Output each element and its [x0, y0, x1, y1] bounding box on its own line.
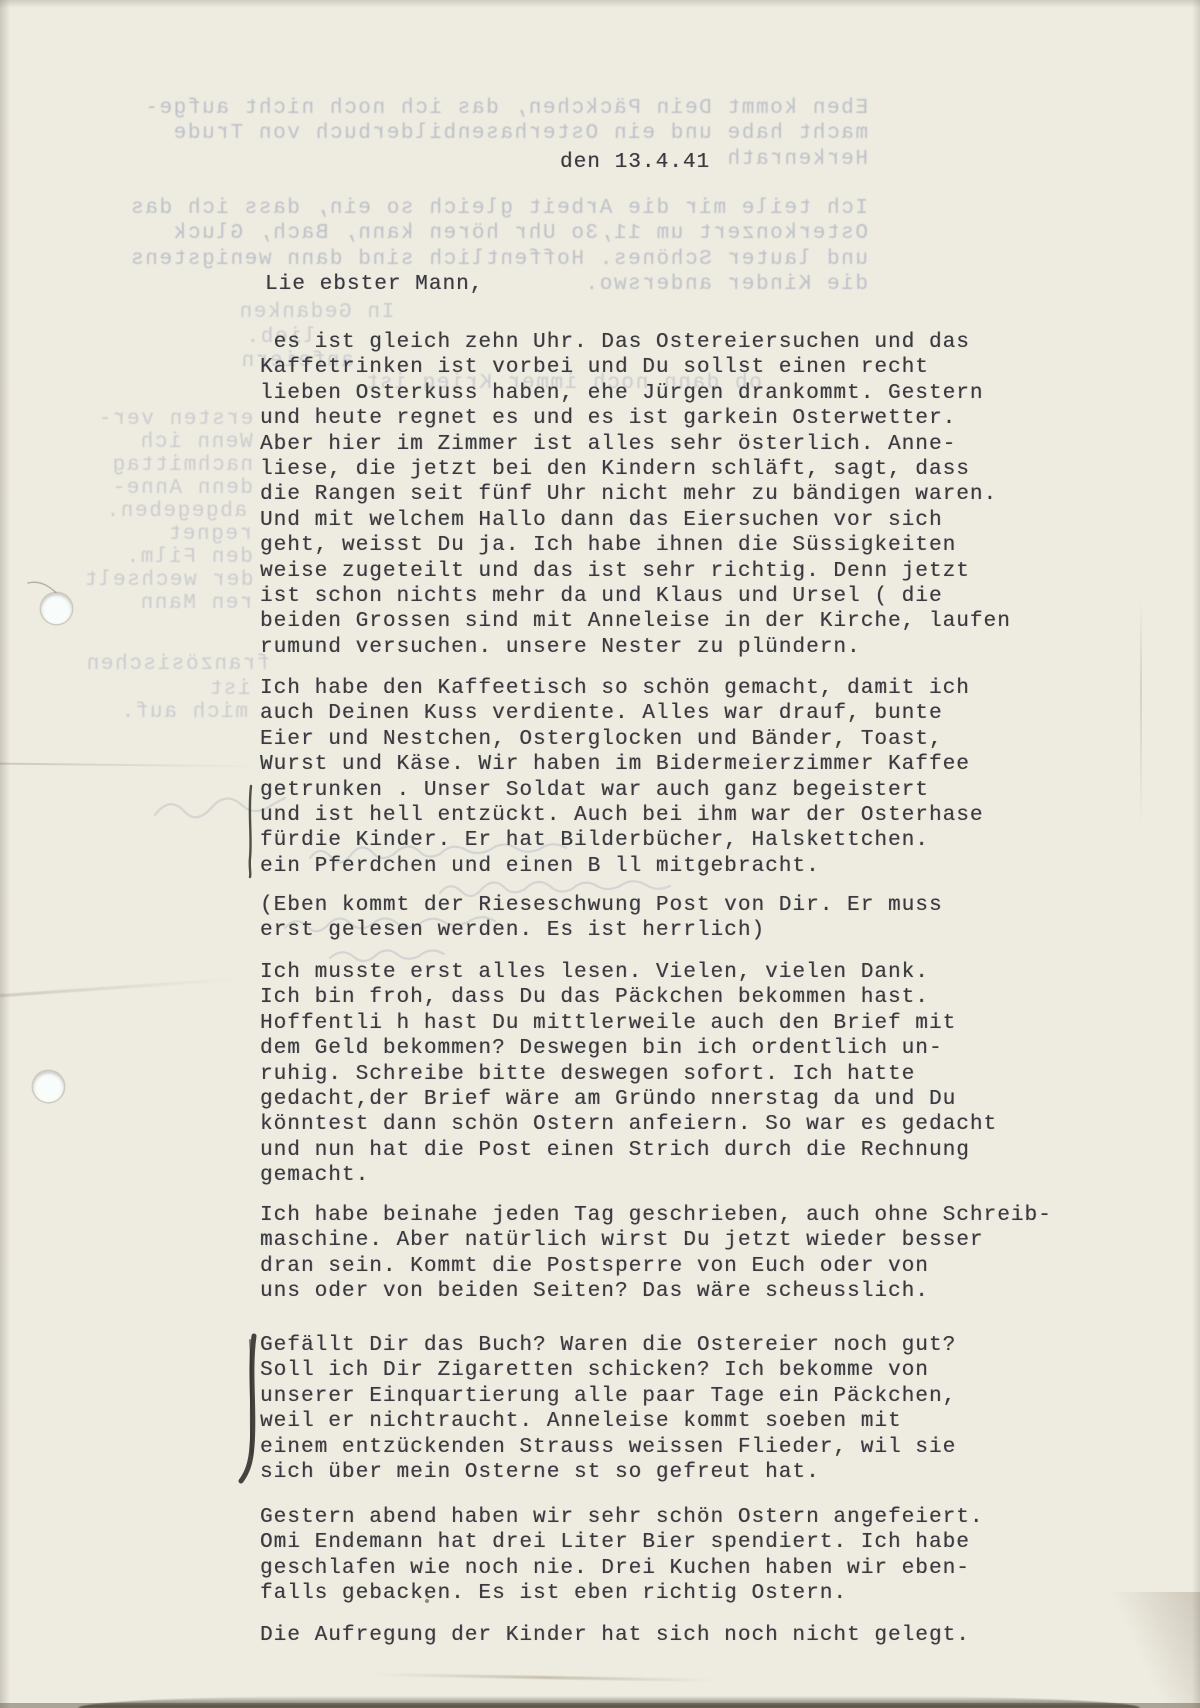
paper-crease	[0, 763, 258, 768]
bleed-through-fragment: den Film.	[125, 545, 253, 570]
paper-edge-shadow	[0, 0, 10, 1708]
letter-paragraph: Ich musste erst alles lesen. Vielen, vie…	[260, 960, 997, 1189]
date-line: den 13.4.41	[560, 150, 710, 175]
bleed-through-fragment: regnet	[167, 522, 252, 547]
bleed-through-fragment: In Gedanken	[238, 300, 394, 325]
paper-crease	[0, 978, 235, 997]
paper-crease	[1140, 598, 1142, 830]
bleed-through-fragment: französischen	[85, 652, 270, 677]
letter-paragraph: Gefällt Dir das Buch? Waren die Ostereie…	[260, 1333, 956, 1485]
letter-page: Eben kommt Dein Päckchen, das ich noch n…	[0, 0, 1200, 1708]
bleed-through-fragment: mich auf.	[120, 700, 248, 725]
margin-pen-line-2	[241, 1336, 254, 1481]
bleed-through-fragment: der wechselt	[83, 568, 253, 593]
paper-crease	[375, 1673, 715, 1682]
letter-paragraph: Gestern abend haben wir sehr schön Oster…	[260, 1505, 984, 1607]
paper-corner-fold	[1108, 1592, 1200, 1708]
bleed-through-fragment: Wenn ich	[139, 430, 253, 455]
letter-paragraph: Die Aufregung der Kinder hat sich noch n…	[260, 1623, 970, 1648]
letter-paragraph: es ist gleich zehn Uhr. Das Ostereiersuc…	[260, 330, 1011, 660]
scan-edge-shadow	[0, 1703, 1200, 1708]
margin-pen-line-1	[250, 786, 251, 877]
margin-pen-line-2-edge	[250, 1340, 252, 1455]
paper-edge-shadow	[0, 0, 1200, 8]
punch-hole	[41, 593, 72, 624]
bleed-through-fragment: ren Mann	[139, 591, 253, 616]
scan-edge-shadow	[78, 1696, 1140, 1708]
punch-hole	[33, 1071, 64, 1102]
bleed-through-text-top: Eben kommt Dein Päckchen, das ich noch n…	[90, 96, 868, 172]
letter-paragraph: Ich habe den Kaffeetisch so schön gemach…	[260, 676, 984, 879]
bleed-through-fragment: ist	[208, 677, 251, 702]
bleed-through-fragment: abgegeben.	[105, 499, 247, 524]
bleed-through-fragment: nachmittag	[111, 453, 253, 478]
letter-paragraph: Ich habe beinahe jeden Tag geschrieben, …	[260, 1203, 1052, 1305]
salutation: Lie ebster Mann,	[265, 272, 483, 297]
letter-paragraph: (Eben kommt der Rieseschwung Post von Di…	[260, 893, 943, 944]
bleed-through-fragment: denn Anne-	[111, 476, 253, 501]
paper-edge-shadow	[1192, 0, 1200, 1708]
bleed-through-fragment: ersten ver-	[97, 407, 253, 432]
